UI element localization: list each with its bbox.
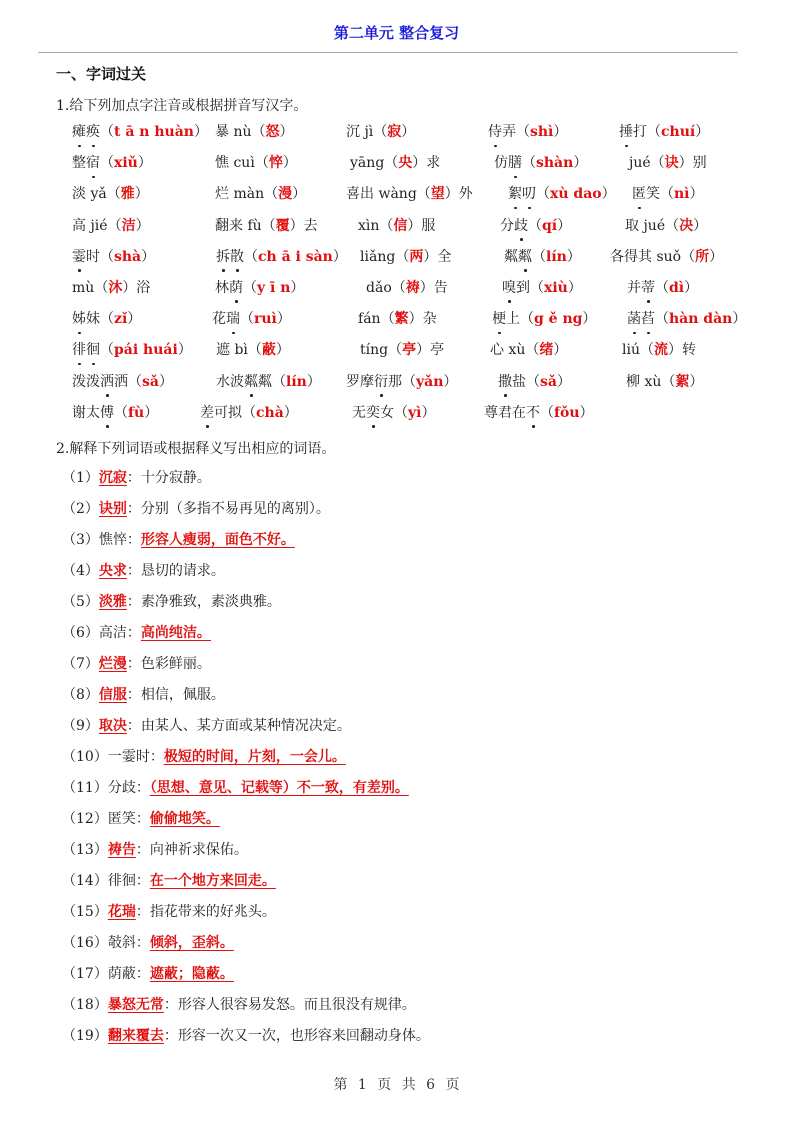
exercise-item: 梗上（g ě ng） <box>492 309 596 329</box>
dotted-char: 痪 <box>86 122 100 142</box>
exercise-item: 柳 xù（絮） <box>626 372 703 392</box>
exercise-row: mù（沐）浴林荫（y ī n）dǎo（祷）告嗅到（xiù）并蒂（dì） <box>72 278 772 309</box>
dotted-char: 霎 <box>72 247 86 267</box>
item-number: （16） <box>62 935 108 951</box>
item-term: 烂漫 <box>99 656 127 672</box>
exercise-item: 烂 màn（漫） <box>215 184 306 204</box>
dotted-char: 瘫 <box>72 122 86 142</box>
item-term: 花瑞 <box>108 904 136 920</box>
item-word: 仿膳 <box>494 155 522 171</box>
item-term: 匿笑 <box>108 811 136 827</box>
item-word: mù <box>72 280 94 296</box>
item-answer: xù dao <box>550 186 602 202</box>
item-word: 暴 nù <box>215 124 252 140</box>
exercise-item: mù（沐）浴 <box>72 278 150 298</box>
dotted-char: 嗅 <box>502 278 516 298</box>
item-definition: 相信，佩服。 <box>141 687 225 703</box>
exercise-item: liú（流）转 <box>622 340 696 360</box>
item-number: （10） <box>62 749 108 765</box>
item-word: dǎo <box>366 280 392 296</box>
definition-item: （11）分歧：（思想、意见、记载等）不一致，有差别。 <box>62 777 762 808</box>
definition-item: （10）一霎时：极短的时间，片刻，一会儿。 <box>62 746 762 777</box>
exercise-item: liǎng（两）全 <box>360 247 451 267</box>
item-answer: sǎ <box>540 374 557 390</box>
item-answer: fǒu <box>554 405 580 421</box>
exercise-row: 徘徊（pái huái）遮 bì（蔽）tíng（亭）亭心 xù（绪）liú（流）… <box>72 340 772 371</box>
item-answer: 覆 <box>276 218 290 234</box>
item-number: （3） <box>62 532 99 548</box>
item-word: liǎng <box>360 249 395 265</box>
item-term: 暴怒无常 <box>108 997 164 1013</box>
item-number: （17） <box>62 966 108 982</box>
exercise-row: 姊妹（zǐ）花瑞（ruì）fán（繁）杂梗上（g ě ng）菡萏（hàn dàn… <box>72 309 772 340</box>
item-term: 分歧 <box>108 780 136 796</box>
exercise-item: yāng（央）求 <box>350 153 440 173</box>
exercise-item: 取 jué（决） <box>625 216 707 236</box>
dotted-char: 衍 <box>374 372 388 392</box>
dotted-char: 菡 <box>627 309 641 329</box>
definition-item: （16）攲斜：倾斜，歪斜。 <box>62 932 762 963</box>
item-definition: 恳切的请求。 <box>141 563 225 579</box>
dotted-char: 粼 <box>244 372 258 392</box>
dotted-char: 叨 <box>522 184 536 204</box>
item-word: 姊妹 <box>72 311 100 327</box>
item-answer: 絮 <box>675 374 689 390</box>
item-answer: 祷 <box>406 280 420 296</box>
exercise-item: 谢太傅（fù） <box>72 403 158 423</box>
exercise-item: 并蒂（dì） <box>627 278 698 298</box>
item-answer: shì <box>530 124 553 140</box>
item-answer: lín <box>286 374 307 390</box>
item-term: 一霎时 <box>108 749 150 765</box>
exercise-item: 匿笑（nì） <box>632 184 704 204</box>
item-word: 淡 yǎ <box>72 186 107 202</box>
item-word: 谢太傅 <box>72 405 114 421</box>
exercise-row: 瘫痪（t ā n huàn）暴 nù（怒）沉 jì（寂）侍弄（shì）捶打（ch… <box>72 122 772 153</box>
definition-item: （4）央求：恳切的请求。 <box>62 560 762 591</box>
item-answer: fù <box>128 405 144 421</box>
item-term: 央求 <box>99 563 127 579</box>
exercise-row: 谢太傅（fù）差可拟（chà）无奕女（yì）尊君在不（fǒu） <box>72 403 772 434</box>
item-definition: 在一个地方来回走。 <box>150 873 288 889</box>
item-definition: 向神祈求保佑。 <box>150 842 248 858</box>
item-word: 高 jié <box>72 218 108 234</box>
item-answer: ruì <box>254 311 277 327</box>
definition-item: （18）暴怒无常：形容人很容易发怒。而且很没有规律。 <box>62 994 762 1025</box>
item-word: 林荫 <box>215 280 243 296</box>
item-answer: shàn <box>536 155 573 171</box>
exercise-item: dǎo（祷）告 <box>366 278 448 298</box>
dotted-char: 差 <box>200 403 214 423</box>
item-definition: 形容人很容易发怒。而且很没有规律。 <box>178 997 416 1013</box>
item-number: （14） <box>62 873 108 889</box>
exercise-item: jué（诀）别 <box>629 153 707 173</box>
item-definition: 形容一次又一次，也形容来回翻动身体。 <box>178 1028 430 1044</box>
item-number: （13） <box>62 842 108 858</box>
exercise-item: 暴 nù（怒） <box>215 122 294 142</box>
item-word: 分歧 <box>500 218 528 234</box>
exercise-item: 仿膳（shàn） <box>494 153 587 173</box>
item-answer: yǎn <box>416 374 443 390</box>
item-answer: 绪 <box>539 342 553 358</box>
exercise-row: 整宿（xiǔ）憔 cuì（悴）yāng（央）求仿膳（shàn）jué（诀）别 <box>72 153 772 184</box>
exercise-item: 泼泼洒洒（sǎ） <box>72 372 173 392</box>
item-definition: 倾斜，歪斜。 <box>150 935 246 951</box>
header-divider <box>38 52 738 53</box>
item-word: 憔 cuì <box>215 155 255 171</box>
item-answer: dì <box>669 280 684 296</box>
dotted-char: 絮 <box>508 184 522 204</box>
exercise-item: 嗅到（xiù） <box>502 278 582 298</box>
item-answer: hàn dàn <box>669 311 732 327</box>
item-definition: 指花带来的好兆头。 <box>150 904 276 920</box>
item-answer: ch ā i sàn <box>258 249 333 265</box>
item-word: xìn <box>358 218 379 234</box>
item-number: （7） <box>62 656 99 672</box>
item-word: fán <box>358 311 381 327</box>
item-number: （18） <box>62 997 108 1013</box>
item-answer: qí <box>542 218 557 234</box>
item-answer: y ī n <box>257 280 290 296</box>
item-answer: t ā n huàn <box>114 124 194 140</box>
exercise-item: 憔 cuì（悴） <box>215 153 297 173</box>
item-answer: 寂 <box>387 124 401 140</box>
item-word: 粼粼 <box>504 249 532 265</box>
item-term: 沉寂 <box>99 470 127 486</box>
definition-item: （7）烂漫：色彩鲜丽。 <box>62 653 762 684</box>
item-term: 翻来覆去 <box>108 1028 164 1044</box>
item-definition: 素净雅致，素淡典雅。 <box>141 594 281 610</box>
dotted-char: 洒 <box>100 372 114 392</box>
definition-item: （14）徘徊：在一个地方来回走。 <box>62 870 762 901</box>
exercise-item: 粼粼（lín） <box>504 247 581 267</box>
item-definition: 分别（多指不易再见的离别）。 <box>141 501 330 517</box>
item-definition: （思想、意见、记载等）不一致，有差别。 <box>150 780 421 796</box>
item-answer: g ě ng <box>534 311 582 327</box>
exercise-item: 霎时（shà） <box>72 247 155 267</box>
dotted-char: 梗 <box>492 309 506 329</box>
item-word: 喜出 wàng <box>346 186 417 202</box>
item-answer: xiǔ <box>114 155 138 171</box>
exercise-item: 林荫（y ī n） <box>215 278 304 298</box>
item-answer: shà <box>114 249 141 265</box>
item-number: （11） <box>62 780 108 796</box>
item-term: 祷告 <box>108 842 136 858</box>
definition-item: （13）祷告：向神祈求保佑。 <box>62 839 762 870</box>
dotted-char: 匿 <box>632 184 646 204</box>
exercise-item: 各得其 suǒ（所） <box>610 247 723 267</box>
item-number: （1） <box>62 470 99 486</box>
item-answer: 流 <box>654 342 668 358</box>
exercise-item: 水波粼粼（lín） <box>216 372 321 392</box>
page-title: 第二单元 整合复习 <box>0 22 793 43</box>
exercise-item: 高 jié（洁） <box>72 216 150 236</box>
dotted-char: 粼 <box>518 247 532 267</box>
item-word: 柳 xù <box>626 374 661 390</box>
item-word: 侍弄 <box>488 124 516 140</box>
item-definition: 高尚纯洁。 <box>141 625 223 641</box>
exercise-item: 撒盐（sǎ） <box>498 372 571 392</box>
exercise-item: 徘徊（pái huái） <box>72 340 192 360</box>
page-number: 第 1 页 共 6 页 <box>0 1074 793 1094</box>
item-answer: 沐 <box>108 280 122 296</box>
question-2-title: 2.解释下列词语或根据释义写出相应的词语。 <box>56 438 335 458</box>
definition-item: （15）花瑞：指花带来的好兆头。 <box>62 901 762 932</box>
exercise-row: 霎时（shà）拆散（ch ā i sàn）liǎng（两）全粼粼（lín）各得其… <box>72 247 772 278</box>
item-word: 取 jué <box>625 218 665 234</box>
item-word: 捶打 <box>619 124 647 140</box>
definition-item: （19）翻来覆去：形容一次又一次，也形容来回翻动身体。 <box>62 1025 762 1056</box>
exercise-item: xìn（信）服 <box>358 216 435 236</box>
item-number: （15） <box>62 904 108 920</box>
exercise-item: 姊妹（zǐ） <box>72 309 141 329</box>
exercise-row: 高 jié（洁）翻来 fù（覆）去xìn（信）服分歧（qí）取 jué（决） <box>72 216 772 247</box>
item-word: 心 xù <box>490 342 525 358</box>
dotted-char: 捶 <box>619 122 633 142</box>
definition-item: （6）高洁：高尚纯洁。 <box>62 622 762 653</box>
item-word: 拆散 <box>216 249 244 265</box>
item-answer: 诀 <box>665 155 679 171</box>
item-word: 梗上 <box>492 311 520 327</box>
item-definition: 极短的时间，片刻，一会儿。 <box>164 749 358 765</box>
item-word: 嗅到 <box>502 280 530 296</box>
definitions-list: （1）沉寂：十分寂静。（2）诀别：分别（多指不易再见的离别）。（3）憔悴：形容人… <box>62 467 762 1056</box>
question-1-title: 1.给下列加点字注音或根据拼音写汉字。 <box>56 95 307 115</box>
dotted-char: 萏 <box>641 309 655 329</box>
item-word: 瘫痪 <box>72 124 100 140</box>
item-word: 泼泼洒洒 <box>72 374 128 390</box>
exercise-item: 沉 jì（寂） <box>346 122 415 142</box>
item-answer: 洁 <box>122 218 136 234</box>
dotted-char: 撒 <box>498 372 512 392</box>
item-definition: 十分寂静。 <box>141 470 211 486</box>
item-answer: sǎ <box>142 374 159 390</box>
item-answer: yì <box>408 405 421 421</box>
item-word: 匿笑 <box>632 186 660 202</box>
item-term: 淡雅 <box>99 594 127 610</box>
item-word: 霎时 <box>72 249 100 265</box>
item-answer: 望 <box>431 186 445 202</box>
item-number: （9） <box>62 718 99 734</box>
item-term: 高洁 <box>99 625 127 641</box>
item-answer: 所 <box>695 249 709 265</box>
item-answer: 两 <box>409 249 423 265</box>
section-heading: 一、字词过关 <box>56 63 146 84</box>
definition-item: （17）荫蔽：遮蔽；隐蔽。 <box>62 963 762 994</box>
item-answer: 蔽 <box>262 342 276 358</box>
item-answer: 漫 <box>278 186 292 202</box>
definition-item: （9）取决：由某人、某方面或某种情况决定。 <box>62 715 762 746</box>
exercise-item: 淡 yǎ（雅） <box>72 184 149 204</box>
item-number: （19） <box>62 1028 108 1044</box>
exercise-item: tíng（亭）亭 <box>360 340 444 360</box>
item-word: 菡萏 <box>627 311 655 327</box>
item-number: （5） <box>62 594 99 610</box>
item-word: 翻来 fù <box>215 218 262 234</box>
exercise-item: 翻来 fù（覆）去 <box>215 216 318 236</box>
item-word: 沉 jì <box>346 124 373 140</box>
item-answer: 央 <box>398 155 412 171</box>
dotted-char: 蒂 <box>641 278 655 298</box>
item-word: 徘徊 <box>72 342 100 358</box>
item-term: 荫蔽 <box>108 966 136 982</box>
exercise-item: 捶打（chuí） <box>619 122 709 142</box>
exercise-item: 整宿（xiǔ） <box>72 153 152 173</box>
dotted-char: 侍 <box>488 122 502 142</box>
item-answer: chuí <box>661 124 695 140</box>
item-number: （2） <box>62 501 99 517</box>
pinyin-exercise-grid: 瘫痪（t ā n huàn）暴 nù（怒）沉 jì（寂）侍弄（shì）捶打（ch… <box>72 122 772 434</box>
item-answer: pái huái <box>114 342 178 358</box>
item-word: 烂 màn <box>215 186 264 202</box>
exercise-item: 无奕女（yì） <box>352 403 435 423</box>
item-answer: 决 <box>679 218 693 234</box>
dotted-char: 徘 <box>72 340 86 360</box>
item-word: tíng <box>360 342 388 358</box>
item-word: yāng <box>350 155 384 171</box>
exercise-item: 絮叨（xù dao） <box>508 184 616 204</box>
item-definition: 由某人、某方面或某种情况决定。 <box>141 718 351 734</box>
dotted-char: 宿 <box>86 153 100 173</box>
item-answer: lín <box>546 249 567 265</box>
item-term: 攲斜 <box>108 935 136 951</box>
item-term: 徘徊 <box>108 873 136 889</box>
exercise-item: 罗摩衍那（yǎn） <box>346 372 457 392</box>
item-answer: 悴 <box>269 155 283 171</box>
exercise-item: 尊君在不（fǒu） <box>484 403 594 423</box>
dotted-char: 徊 <box>86 340 100 360</box>
item-word: 并蒂 <box>627 280 655 296</box>
item-term: 取决 <box>99 718 127 734</box>
item-word: 各得其 suǒ <box>610 249 681 265</box>
item-number: （8） <box>62 687 99 703</box>
dotted-char: 不 <box>526 403 540 423</box>
item-word: 无奕女 <box>352 405 394 421</box>
item-word: 尊君在不 <box>484 405 540 421</box>
item-answer: 信 <box>393 218 407 234</box>
item-term: 憔悴 <box>99 532 127 548</box>
dotted-char: 荫 <box>229 278 243 298</box>
item-number: （4） <box>62 563 99 579</box>
dotted-char: 奕 <box>366 403 380 423</box>
exercise-item: 侍弄（shì） <box>488 122 567 142</box>
item-number: （12） <box>62 811 108 827</box>
definition-item: （2）诀别：分别（多指不易再见的离别）。 <box>62 498 762 529</box>
item-word: 整宿 <box>72 155 100 171</box>
exercise-row: 泼泼洒洒（sǎ）水波粼粼（lín）罗摩衍那（yǎn）撒盐（sǎ）柳 xù（絮） <box>72 372 772 403</box>
exercise-item: 瘫痪（t ā n huàn） <box>72 122 208 142</box>
item-word: 撒盐 <box>498 374 526 390</box>
item-answer: nì <box>674 186 690 202</box>
definition-item: （12）匿笑：偷偷地笑。 <box>62 808 762 839</box>
definition-item: （5）淡雅：素净雅致，素淡典雅。 <box>62 591 762 622</box>
exercise-item: 心 xù（绪） <box>490 340 567 360</box>
item-term: 信服 <box>99 687 127 703</box>
item-answer: zǐ <box>114 311 127 327</box>
dotted-char: 傅 <box>100 403 114 423</box>
item-definition: 偷偷地笑。 <box>150 811 232 827</box>
item-answer: 雅 <box>121 186 135 202</box>
item-word: 遮 bì <box>216 342 248 358</box>
item-definition: 色彩鲜丽。 <box>141 656 211 672</box>
item-word: 差可拟 <box>200 405 242 421</box>
dotted-char: 拆 <box>216 247 230 267</box>
dotted-char: 瑞 <box>226 309 240 329</box>
item-answer: chà <box>256 405 284 421</box>
exercise-item: 差可拟（chà） <box>200 403 298 423</box>
item-definition: 形容人瘦弱，面色不好。 <box>141 532 307 548</box>
exercise-item: 花瑞（ruì） <box>212 309 291 329</box>
definition-item: （8）信服：相信，佩服。 <box>62 684 762 715</box>
dotted-char: 膳 <box>508 153 522 173</box>
item-word: liú <box>622 342 640 358</box>
exercise-item: 菡萏（hàn dàn） <box>627 309 746 329</box>
exercise-item: 分歧（qí） <box>500 216 571 236</box>
exercise-item: 喜出 wàng（望）外 <box>346 184 473 204</box>
exercise-item: 遮 bì（蔽） <box>216 340 290 360</box>
definition-item: （3）憔悴：形容人瘦弱，面色不好。 <box>62 529 762 560</box>
dotted-char: 散 <box>230 247 244 267</box>
dotted-char: 姊 <box>72 309 86 329</box>
item-answer: 亭 <box>402 342 416 358</box>
item-word: jué <box>629 155 651 171</box>
item-number: （6） <box>62 625 99 641</box>
item-answer: 怒 <box>266 124 280 140</box>
item-definition: 遮蔽；隐蔽。 <box>150 966 246 982</box>
exercise-item: 拆散（ch ā i sàn） <box>216 247 347 267</box>
item-word: 罗摩衍那 <box>346 374 402 390</box>
item-answer: 繁 <box>395 311 409 327</box>
definition-item: （1）沉寂：十分寂静。 <box>62 467 762 498</box>
exercise-row: 淡 yǎ（雅）烂 màn（漫）喜出 wàng（望）外絮叨（xù dao）匿笑（n… <box>72 184 772 215</box>
item-term: 诀别 <box>99 501 127 517</box>
dotted-char: 歧 <box>514 216 528 236</box>
item-word: 花瑞 <box>212 311 240 327</box>
exercise-item: fán（繁）杂 <box>358 309 437 329</box>
item-word: 水波粼粼 <box>216 374 272 390</box>
item-word: 絮叨 <box>508 186 536 202</box>
item-answer: xiù <box>544 280 568 296</box>
